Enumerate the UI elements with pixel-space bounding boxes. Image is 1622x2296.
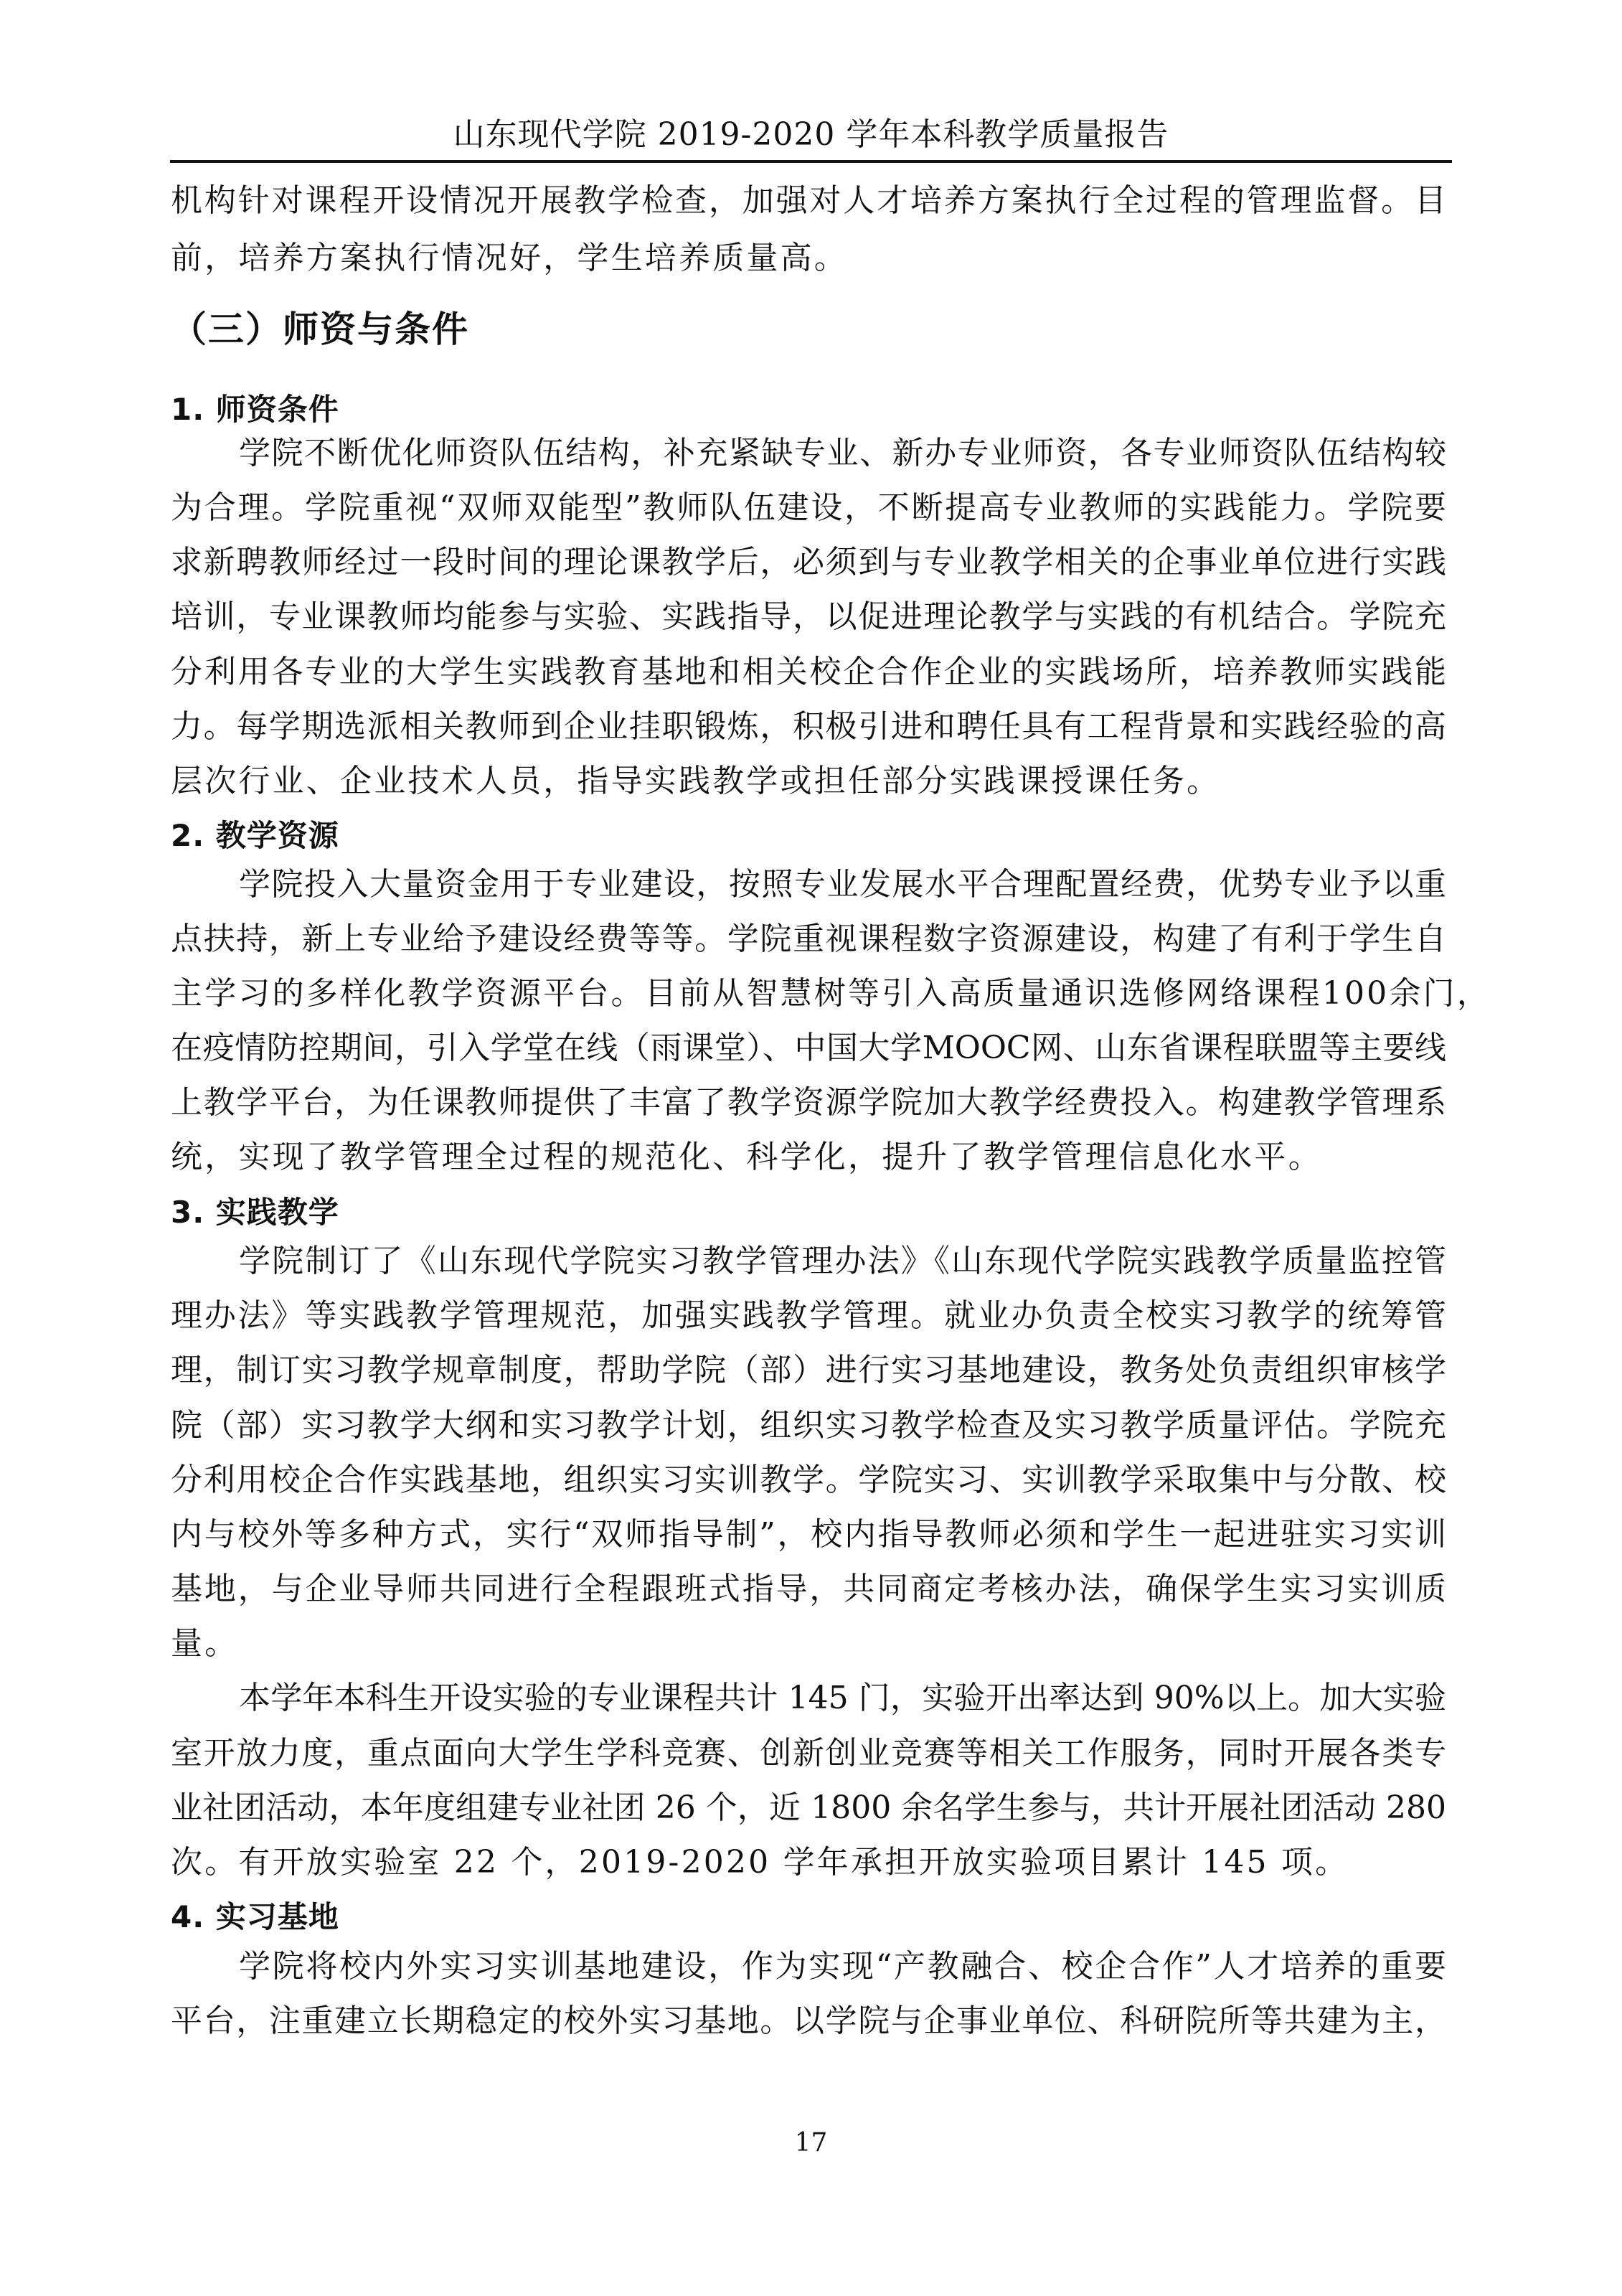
body-line: 学院将校内外实习实训基地建设，作为实现“产教融合、校企合作”人才培养的重要 xyxy=(239,1945,1446,1988)
body-line: 基地，与企业导师共同进行全程跟班式指导，共同商定考核办法，确保学生实习实训质 xyxy=(171,1568,1446,1611)
header-rule xyxy=(170,160,1452,163)
body-line: 点扶持，新上专业给予建设经费等等。学院重视课程数字资源建设，构建了有利于学生自 xyxy=(171,918,1446,961)
body-line: 分利用各专业的大学生实践教育基地和相关校企合作企业的实践场所，培养教师实践能 xyxy=(171,651,1446,694)
subsection-heading: 1. 师资条件 xyxy=(171,388,339,431)
section-heading: （三）师资与条件 xyxy=(171,304,469,354)
subsection-heading: 3. 实践教学 xyxy=(171,1191,339,1234)
running-header: 山东现代学院 2019-2020 学年本科教学质量报告 xyxy=(170,115,1452,155)
body-line: 层次行业、企业技术人员，指导实践教学或担任部分实践课授课任务。 xyxy=(171,760,1446,803)
body-line: 内与校外等多种方式，实行“双师指导制”，校内指导教师必须和学生一起进驻实习实训 xyxy=(171,1513,1446,1556)
body-line: 为合理。学院重视“双师双能型”教师队伍建设，不断提高专业教师的实践能力。学院要 xyxy=(171,486,1446,530)
body-line: 理办法》等实践教学管理规范，加强实践教学管理。就业办负责全校实习教学的统筹管 xyxy=(171,1294,1446,1337)
body-line: 分利用校企合作实践基地，组织实习实训教学。学院实习、实训教学采取集中与分散、校 xyxy=(171,1459,1446,1502)
body-line: 上教学平台，为任课教师提供了丰富了教学资源学院加大教学经费投入。构建教学管理系 xyxy=(171,1081,1446,1124)
body-line: 求新聘教师经过一段时间的理论课教学后，必须到与专业教学相关的企事业单位进行实践 xyxy=(171,541,1446,584)
body-line: 学院投入大量资金用于专业建设，按照专业发展水平合理配置经费，优势专业予以重 xyxy=(239,863,1446,906)
body-line: 力。每学期选派相关教师到企业挂职锻炼，积极引进和聘任具有工程背景和实践经验的高 xyxy=(171,705,1446,748)
body-line: 前，培养方案执行情况好，学生培养质量高。 xyxy=(171,237,1446,280)
body-line: 学院不断优化师资队伍结构，补充紧缺专业、新办专业师资，各专业师资队伍结构较 xyxy=(239,432,1446,475)
body-line: 机构针对课程开设情况开展教学检查，加强对人才培养方案执行全过程的管理监督。目 xyxy=(171,179,1446,222)
body-line: 次。有开放实验室 22 个，2019-2020 学年承担开放实验项目累计 145… xyxy=(171,1841,1446,1884)
document-page: 山东现代学院 2019-2020 学年本科教学质量报告 机构针对课程开设情况开展… xyxy=(0,0,1622,2296)
body-line: 理，制订实习教学规章制度，帮助学院（部）进行实习基地建设，教务处负责组织审核学 xyxy=(171,1349,1446,1392)
body-line: 学院制订了《山东现代学院实习教学管理办法》《山东现代学院实践教学质量监控管 xyxy=(239,1240,1446,1283)
subsection-heading: 2. 教学资源 xyxy=(171,814,339,857)
body-line: 在疫情防控期间，引入学堂在线（雨课堂）、中国大学MOOC网、山东省课程联盟等主要… xyxy=(171,1027,1446,1070)
page-number: 17 xyxy=(0,2125,1622,2161)
body-line: 培训，专业课教师均能参与实验、实践指导，以促进理论教学与实践的有机结合。学院充 xyxy=(171,596,1446,639)
body-line: 院（部）实习教学大纲和实习教学计划，组织实习教学检查及实习教学质量评估。学院充 xyxy=(171,1404,1446,1447)
subsection-heading: 4. 实习基地 xyxy=(171,1896,339,1939)
body-line: 统，实现了教学管理全过程的规范化、科学化，提升了教学管理信息化水平。 xyxy=(171,1136,1446,1179)
body-line: 室开放力度，重点面向大学生学科竞赛、创新创业竞赛等相关工作服务，同时开展各类专 xyxy=(171,1732,1446,1775)
body-line: 平台，注重建立长期稳定的校外实习基地。以学院与企事业单位、科研院所等共建为主， xyxy=(171,2000,1446,2043)
body-line: 主学习的多样化教学资源平台。目前从智慧树等引入高质量通识选修网络课程100余门， xyxy=(171,972,1446,1015)
body-line: 业社团活动，本年度组建专业社团 26 个，近 1800 余名学生参与，共计开展社… xyxy=(171,1787,1446,1830)
body-line: 量。 xyxy=(171,1622,1446,1665)
body-line: 本学年本科生开设实验的专业课程共计 145 门，实验开出率达到 90%以上。加大… xyxy=(239,1677,1446,1720)
